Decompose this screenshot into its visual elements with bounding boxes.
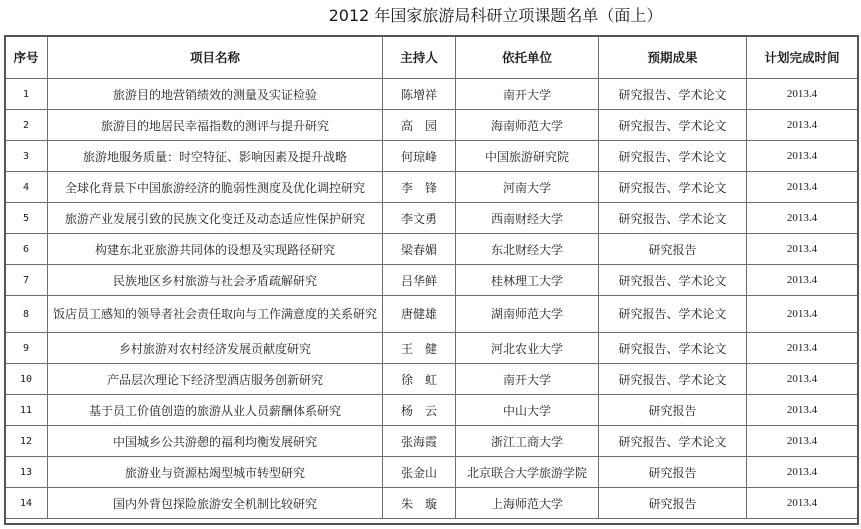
host-unit: 中国旅游研究院 bbox=[456, 141, 599, 172]
table-row: 4全球化背景下中国旅游经济的脆弱性测度及优化调控研究李 锋河南大学研究报告、学术… bbox=[5, 172, 858, 203]
expected-outcome: 研究报告、学术论文 bbox=[599, 172, 747, 203]
expected-outcome: 研究报告、学术论文 bbox=[599, 333, 747, 364]
row-number: 8 bbox=[5, 296, 48, 333]
planned-completion: 2013.4 bbox=[747, 364, 858, 395]
row-number: 5 bbox=[5, 203, 48, 234]
row-number: 6 bbox=[5, 234, 48, 265]
row-number: 14 bbox=[5, 488, 48, 519]
host-name: 李 锋 bbox=[383, 172, 456, 203]
host-name: 何琼峰 bbox=[383, 141, 456, 172]
host-name: 张金山 bbox=[383, 457, 456, 488]
host-name: 梁春媚 bbox=[383, 234, 456, 265]
table-header-row: 序号 项目名称 主持人 依托单位 预期成果 计划完成时间 bbox=[5, 36, 858, 79]
planned-completion: 2013.4 bbox=[747, 457, 858, 488]
header-date: 计划完成时间 bbox=[747, 36, 858, 79]
expected-outcome: 研究报告、学术论文 bbox=[599, 364, 747, 395]
project-name: 旅游目的地居民幸福指数的测评与提升研究 bbox=[48, 110, 383, 141]
planned-completion: 2013.4 bbox=[747, 141, 858, 172]
project-name: 饭店员工感知的领导者社会责任取向与工作满意度的关系研究 bbox=[48, 296, 383, 333]
host-unit: 南开大学 bbox=[456, 79, 599, 110]
table-row: 14国内外背包探险旅游安全机制比较研究朱 璇上海师范大学研究报告2013.4 bbox=[5, 488, 858, 519]
table-row: 9乡村旅游对农村经济发展贡献度研究王 健河北农业大学研究报告、学术论文2013.… bbox=[5, 333, 858, 364]
host-unit: 桂林理工大学 bbox=[456, 265, 599, 296]
planned-completion: 2013.4 bbox=[747, 488, 858, 519]
host-unit: 河北农业大学 bbox=[456, 333, 599, 364]
host-name: 杨 云 bbox=[383, 395, 456, 426]
planned-completion: 2013.4 bbox=[747, 333, 858, 364]
project-name: 中国城乡公共游憩的福利均衡发展研究 bbox=[48, 426, 383, 457]
planned-completion: 2013.4 bbox=[747, 296, 858, 333]
row-number: 12 bbox=[5, 426, 48, 457]
host-unit: 海南师范大学 bbox=[456, 110, 599, 141]
header-unit: 依托单位 bbox=[456, 36, 599, 79]
project-name: 产品层次理论下经济型酒店服务创新研究 bbox=[48, 364, 383, 395]
host-name: 王 健 bbox=[383, 333, 456, 364]
table-row: 5旅游产业发展引致的民族文化变迁及动态适应性保护研究李文勇西南财经大学研究报告、… bbox=[5, 203, 858, 234]
planned-completion: 2013.4 bbox=[747, 426, 858, 457]
host-unit: 上海师范大学 bbox=[456, 488, 599, 519]
host-unit: 东北财经大学 bbox=[456, 234, 599, 265]
expected-outcome: 研究报告、学术论文 bbox=[599, 426, 747, 457]
header-outcome: 预期成果 bbox=[599, 36, 747, 79]
header-no: 序号 bbox=[5, 36, 48, 79]
row-number: 7 bbox=[5, 265, 48, 296]
host-unit: 河南大学 bbox=[456, 172, 599, 203]
project-name: 旅游业与资源枯竭型城市转型研究 bbox=[48, 457, 383, 488]
planned-completion: 2013.4 bbox=[747, 265, 858, 296]
planned-completion: 2013.4 bbox=[747, 79, 858, 110]
host-name: 徐 虹 bbox=[383, 364, 456, 395]
expected-outcome: 研究报告 bbox=[599, 457, 747, 488]
project-name: 国内外背包探险旅游安全机制比较研究 bbox=[48, 488, 383, 519]
expected-outcome: 研究报告 bbox=[599, 395, 747, 426]
planned-completion: 2013.4 bbox=[747, 203, 858, 234]
project-name: 乡村旅游对农村经济发展贡献度研究 bbox=[48, 333, 383, 364]
table-row: 12中国城乡公共游憩的福利均衡发展研究张海霞浙江工商大学研究报告、学术论文201… bbox=[5, 426, 858, 457]
host-name: 陈增祥 bbox=[383, 79, 456, 110]
header-host: 主持人 bbox=[383, 36, 456, 79]
row-number: 13 bbox=[5, 457, 48, 488]
planned-completion: 2013.4 bbox=[747, 110, 858, 141]
project-table: 序号 项目名称 主持人 依托单位 预期成果 计划完成时间 1旅游目的地营销绩效的… bbox=[4, 35, 858, 519]
row-number: 10 bbox=[5, 364, 48, 395]
expected-outcome: 研究报告、学术论文 bbox=[599, 203, 747, 234]
host-unit: 浙江工商大学 bbox=[456, 426, 599, 457]
planned-completion: 2013.4 bbox=[747, 234, 858, 265]
host-unit: 南开大学 bbox=[456, 364, 599, 395]
row-number: 9 bbox=[5, 333, 48, 364]
page-title: 2012 年国家旅游局科研立项课题名单（面上） bbox=[0, 5, 861, 27]
host-name: 唐健雄 bbox=[383, 296, 456, 333]
planned-completion: 2013.4 bbox=[747, 172, 858, 203]
host-name: 吕华鲜 bbox=[383, 265, 456, 296]
host-name: 张海霞 bbox=[383, 426, 456, 457]
expected-outcome: 研究报告、学术论文 bbox=[599, 296, 747, 333]
expected-outcome: 研究报告、学术论文 bbox=[599, 110, 747, 141]
table-row: 13旅游业与资源枯竭型城市转型研究张金山北京联合大学旅游学院研究报告2013.4 bbox=[5, 457, 858, 488]
project-name: 旅游地服务质量：时空特征、影响因素及提升战略 bbox=[48, 141, 383, 172]
table-row: 8饭店员工感知的领导者社会责任取向与工作满意度的关系研究唐健雄湖南师范大学研究报… bbox=[5, 296, 858, 333]
project-name: 全球化背景下中国旅游经济的脆弱性测度及优化调控研究 bbox=[48, 172, 383, 203]
row-number: 2 bbox=[5, 110, 48, 141]
row-number: 1 bbox=[5, 79, 48, 110]
host-unit: 北京联合大学旅游学院 bbox=[456, 457, 599, 488]
project-name: 旅游目的地营销绩效的测量及实证检验 bbox=[48, 79, 383, 110]
host-name: 李文勇 bbox=[383, 203, 456, 234]
table-row: 10产品层次理论下经济型酒店服务创新研究徐 虹南开大学研究报告、学术论文2013… bbox=[5, 364, 858, 395]
table-row: 3旅游地服务质量：时空特征、影响因素及提升战略何琼峰中国旅游研究院研究报告、学术… bbox=[5, 141, 858, 172]
expected-outcome: 研究报告、学术论文 bbox=[599, 265, 747, 296]
expected-outcome: 研究报告、学术论文 bbox=[599, 141, 747, 172]
table-row: 6构建东北亚旅游共同体的设想及实现路径研究梁春媚东北财经大学研究报告2013.4 bbox=[5, 234, 858, 265]
table-row: 2旅游目的地居民幸福指数的测评与提升研究高 园海南师范大学研究报告、学术论文20… bbox=[5, 110, 858, 141]
row-number: 4 bbox=[5, 172, 48, 203]
project-name: 基于员工价值创造的旅游从业人员薪酬体系研究 bbox=[48, 395, 383, 426]
table-row: 7民族地区乡村旅游与社会矛盾疏解研究吕华鲜桂林理工大学研究报告、学术论文2013… bbox=[5, 265, 858, 296]
row-number: 11 bbox=[5, 395, 48, 426]
expected-outcome: 研究报告 bbox=[599, 234, 747, 265]
table-row: 11基于员工价值创造的旅游从业人员薪酬体系研究杨 云中山大学研究报告2013.4 bbox=[5, 395, 858, 426]
row-number: 3 bbox=[5, 141, 48, 172]
table-row: 1旅游目的地营销绩效的测量及实证检验陈增祥南开大学研究报告、学术论文2013.4 bbox=[5, 79, 858, 110]
project-name: 民族地区乡村旅游与社会矛盾疏解研究 bbox=[48, 265, 383, 296]
project-name: 旅游产业发展引致的民族文化变迁及动态适应性保护研究 bbox=[48, 203, 383, 234]
host-name: 高 园 bbox=[383, 110, 456, 141]
host-unit: 中山大学 bbox=[456, 395, 599, 426]
project-name: 构建东北亚旅游共同体的设想及实现路径研究 bbox=[48, 234, 383, 265]
host-unit: 西南财经大学 bbox=[456, 203, 599, 234]
expected-outcome: 研究报告、学术论文 bbox=[599, 79, 747, 110]
host-unit: 湖南师范大学 bbox=[456, 296, 599, 333]
header-project-name: 项目名称 bbox=[48, 36, 383, 79]
host-name: 朱 璇 bbox=[383, 488, 456, 519]
planned-completion: 2013.4 bbox=[747, 395, 858, 426]
expected-outcome: 研究报告 bbox=[599, 488, 747, 519]
